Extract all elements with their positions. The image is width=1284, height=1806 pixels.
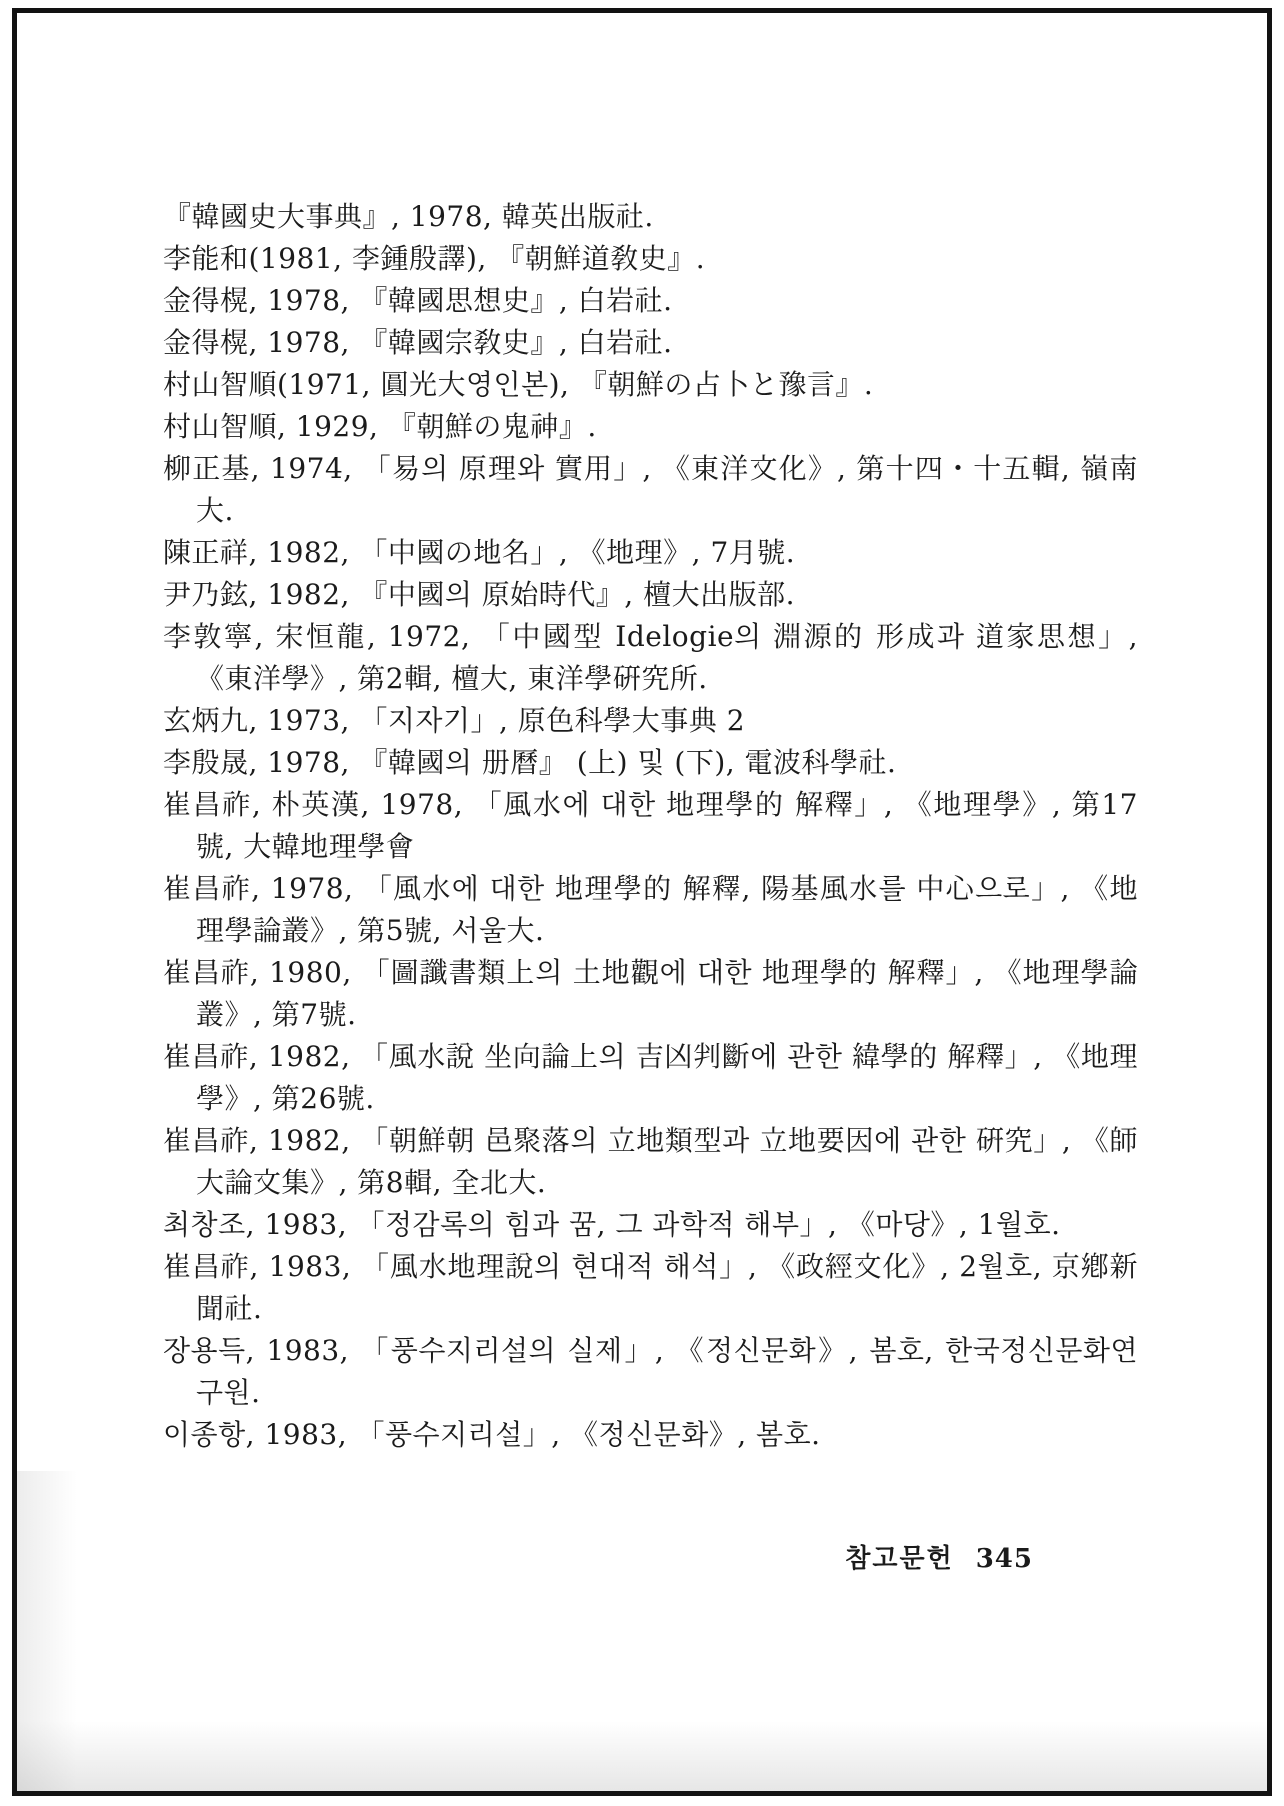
reference-entry: 金得榥, 1978, 『韓國思想史』, 白岩社.: [163, 280, 1138, 322]
reference-entry: 柳正基, 1974, 「易의 原理와 實用」, 《東洋文化》, 第十四・十五輯,…: [163, 448, 1138, 532]
scan-shadow-bottom: [17, 1721, 1267, 1791]
reference-entry: 崔昌祚, 1983, 「風水地理說의 현대적 해석」, 《政經文化》, 2월호,…: [163, 1246, 1138, 1330]
reference-entry: 장용득, 1983, 「풍수지리설의 실제」, 《정신문화》, 봄호, 한국정신…: [163, 1330, 1138, 1414]
reference-entry: 村山智順, 1929, 『朝鮮の鬼神』.: [163, 406, 1138, 448]
reference-entry: 李敦寧, 宋恒龍, 1972, 「中國型 Idelogie의 淵源的 形成과 道…: [163, 616, 1138, 700]
reference-entry: 玄炳九, 1973, 「지자기」, 原色科學大事典 2: [163, 700, 1138, 742]
page-footer: 참고문헌345: [845, 1538, 1033, 1575]
reference-entry: 이종항, 1983, 「풍수지리설」, 《정신문화》, 봄호.: [163, 1414, 1138, 1456]
reference-entry: 崔昌祚, 1982, 「朝鮮朝 邑聚落의 立地類型과 立地要因에 관한 硏究」,…: [163, 1120, 1138, 1204]
scan-shadow-left: [17, 1471, 77, 1791]
footer-section-label: 참고문헌: [845, 1544, 953, 1574]
reference-entry: 崔昌祚, 1978, 「風水에 대한 地理學的 解釋, 陽基風水를 中心으로」,…: [163, 868, 1138, 952]
reference-entry: 金得榥, 1978, 『韓國宗敎史』, 白岩社.: [163, 322, 1138, 364]
reference-entry: 李殷晟, 1978, 『韓國의 册曆』 (上) 및 (下), 電波科學社.: [163, 742, 1138, 784]
footer-page-number: 345: [976, 1544, 1033, 1574]
scanned-book-page: { "page": { "references": [ "『韓國史大事典』, 1…: [0, 0, 1284, 1806]
reference-entry: 崔昌祚, 1980, 「圖讖書類上의 土地觀에 대한 地理學的 解釋」, 《地理…: [163, 952, 1138, 1036]
reference-entry: 『韓國史大事典』, 1978, 韓英出版社.: [163, 196, 1138, 238]
reference-entry: 崔昌祚, 朴英漢, 1978, 「風水에 대한 地理學的 解釋」, 《地理學》,…: [163, 784, 1138, 868]
reference-entry: 崔昌祚, 1982, 「風水說 坐向論上의 吉凶判斷에 관한 緯學的 解釋」, …: [163, 1036, 1138, 1120]
reference-entry: 陳正祥, 1982, 「中國の地名」, 《地理》, 7月號.: [163, 532, 1138, 574]
references-list: 『韓國史大事典』, 1978, 韓英出版社.李能和(1981, 李鍾殷譯), 『…: [163, 196, 1138, 1456]
reference-entry: 村山智順(1971, 圓光大영인본), 『朝鮮の占卜と豫言』.: [163, 364, 1138, 406]
reference-entry: 李能和(1981, 李鍾殷譯), 『朝鮮道敎史』.: [163, 238, 1138, 280]
reference-entry: 尹乃鉉, 1982, 『中國의 原始時代』, 檀大出版部.: [163, 574, 1138, 616]
reference-entry: 최창조, 1983, 「정감록의 힘과 꿈, 그 과학적 해부」, 《마당》, …: [163, 1204, 1138, 1246]
